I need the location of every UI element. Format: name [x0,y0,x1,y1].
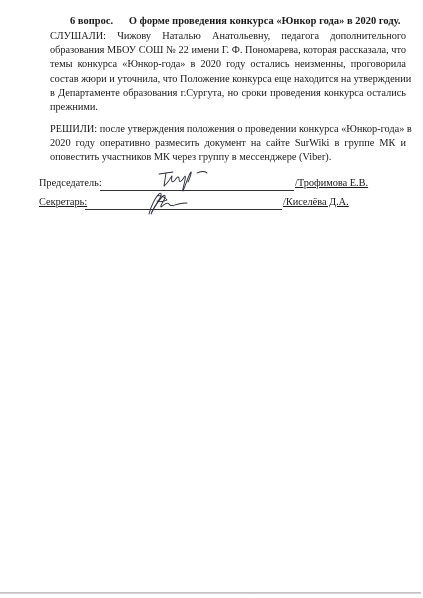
heard-paragraph: СЛУШАЛИ: Чижову Наталью Анатольевну, пед… [50,30,406,115]
text-line: состав жюри и уточнила, что Положение ко… [50,73,406,87]
secretary-label: Секретарь: [39,197,87,208]
decided-paragraph: РЕШИЛИ: после утверждения положения о пр… [50,123,406,166]
question-number: 6 вопрос. [70,16,113,27]
question-heading: 6 вопрос. О форме проведения конкурса «Ю… [70,16,401,27]
secretary-handwritten-signature-icon [145,188,195,218]
chairman-name: /Трофимова Е.В. [295,178,368,189]
question-title: О форме проведения конкурса «Юнкор года»… [129,16,401,27]
text-line: темы конкурса «Юнкор-года» в 2020 году о… [50,58,406,72]
document-page: 6 вопрос. О форме проведения конкурса «Ю… [0,0,423,598]
text-line: РЕШИЛИ: после утверждения положения о пр… [50,123,406,137]
text-line: СЛУШАЛИ: Чижову Наталью Анатольевну, пед… [50,30,406,44]
text-line: прежними. [50,101,406,115]
chairman-label: Председатель: [39,178,102,189]
text-line: образования МБОУ СОШ № 22 имени Г. Ф. По… [50,44,406,58]
text-line: в Департаменте образования г.Сургута, но… [50,87,406,101]
page-bottom-edge [0,592,421,594]
text-line: 2020 году оперативно размесить документ … [50,137,406,151]
secretary-name: /Киселёва Д.А. [283,197,349,208]
text-line: оповестить участников МК через группу в … [50,151,406,165]
